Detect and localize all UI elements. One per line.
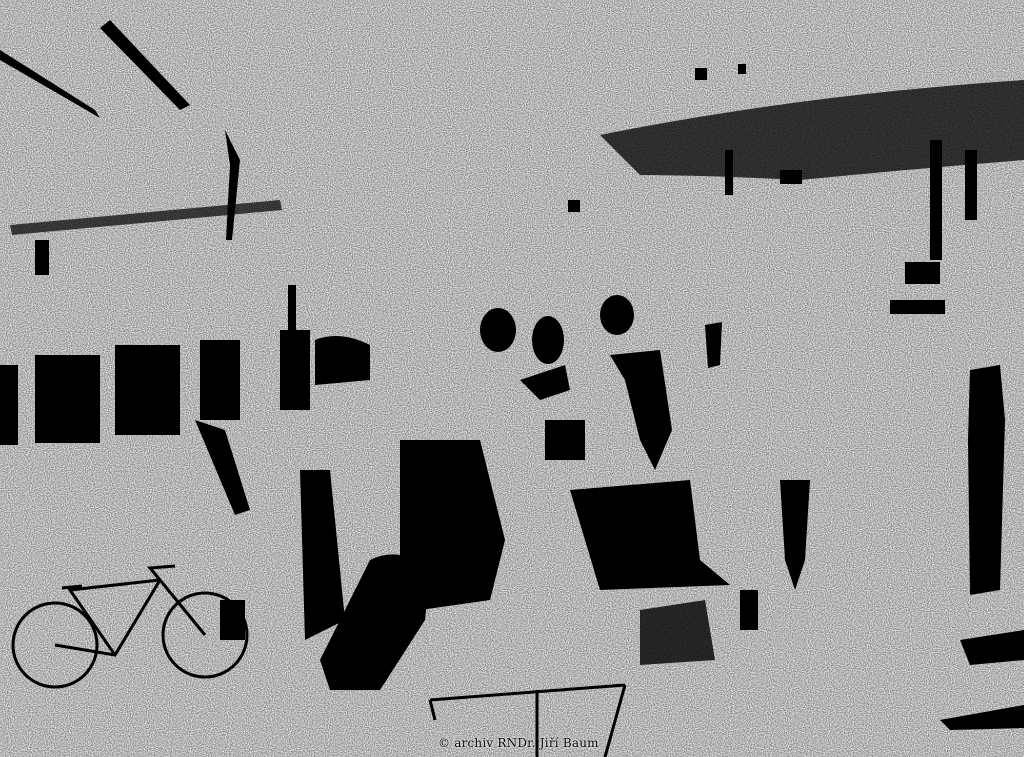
photograph: © archiv RNDr. Jiří Baum (0, 0, 1024, 757)
photo-credit-caption: © archiv RNDr. Jiří Baum (438, 736, 599, 750)
dithered-scene (0, 0, 1024, 757)
